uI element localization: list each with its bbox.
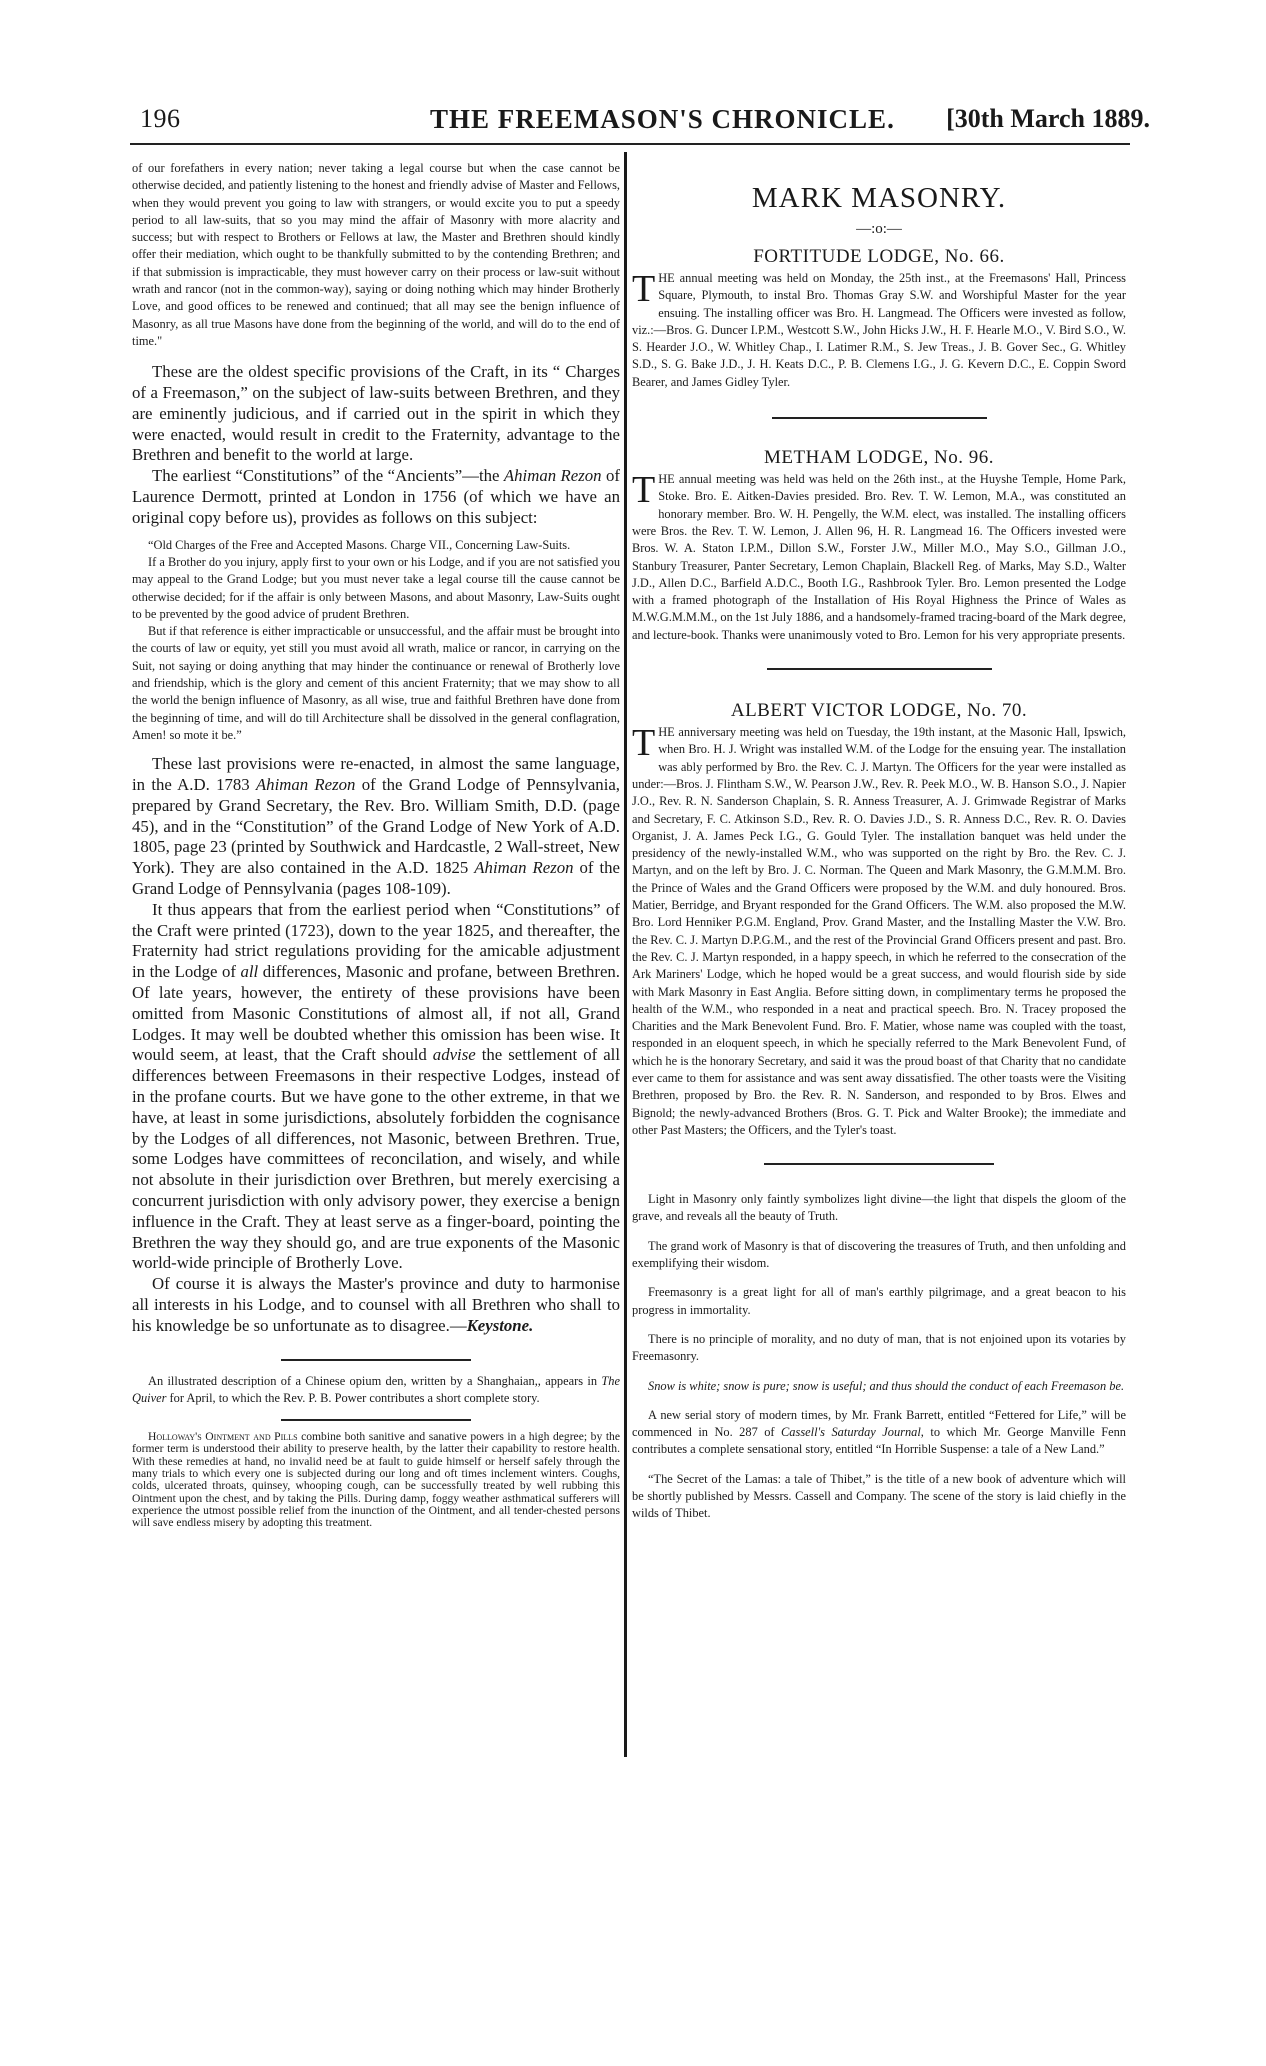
lodge-report: THE annual meeting was held was held on … [632,471,1126,644]
lodge-report: THE anniversary meeting was held on Tues… [632,724,1126,1139]
article-paragraph: It thus appears that from the earliest p… [132,900,620,1274]
section-rule [767,668,992,670]
quoted-charge-paragraph: But if that reference is either impracti… [132,623,620,744]
lodge-heading: ALBERT VICTOR LODGE, No. 70. [632,700,1126,722]
maxim: There is no principle of morality, and n… [632,1331,1126,1366]
ornament-divider: —:o:— [632,221,1126,238]
column-divider [624,152,627,1757]
article-paragraph: The earliest “Constitutions” of the “Anc… [132,466,620,528]
maxim: Light in Masonry only faintly symbolizes… [632,1191,1126,1226]
left-column: of our forefathers in every nation; neve… [132,160,620,1529]
page-number: 196 [140,104,181,134]
newspaper-page: 196 THE FREEMASON'S CHRONICLE. [30th Mar… [0,0,1266,2066]
advertisement: Holloway's Ointment and Pills combine bo… [132,1431,620,1529]
section-title: MARK MASONRY. [632,182,1126,215]
section-rule [281,1419,471,1421]
opening-quote: of our forefathers in every nation; neve… [132,160,620,350]
advert-lead: Holloway's Ointment and Pills [148,1430,298,1443]
drop-cap: T [632,473,655,507]
article-paragraph: These last provisions were re-enacted, i… [132,754,620,900]
source-credit: Keystone. [467,1316,534,1335]
maxim-snow: Snow is white; snow is pure; snow is use… [632,1378,1126,1395]
newspaper-title: THE FREEMASON'S CHRONICLE. [430,104,895,135]
header-rule [130,143,1130,145]
drop-cap: T [632,272,655,306]
news-note: “The Secret of the Lamas: a tale of Thib… [632,1471,1126,1523]
news-note: A new serial story of modern times, by M… [632,1407,1126,1459]
lodge-heading: FORTITUDE LODGE, No. 66. [632,246,1126,268]
right-column: MARK MASONRY. —:o:— FORTITUDE LODGE, No.… [632,160,1126,1523]
section-rule [764,1163,994,1165]
section-rule [281,1359,471,1361]
drop-cap: T [632,726,655,760]
news-note: An illustrated description of a Chinese … [132,1373,620,1408]
quoted-charge-title: “Old Charges of the Free and Accepted Ma… [132,537,620,554]
masthead: 196 THE FREEMASON'S CHRONICLE. [30th Mar… [140,104,1150,144]
maxim: Freemasonry is a great light for all of … [632,1284,1126,1319]
maxim: The grand work of Masonry is that of dis… [632,1238,1126,1273]
article-paragraph: Of course it is always the Master's prov… [132,1274,620,1336]
lodge-report: THE annual meeting was held on Monday, t… [632,270,1126,391]
issue-date: [30th March 1889. [946,104,1150,134]
article-paragraph: These are the oldest specific provisions… [132,362,620,466]
lodge-heading: METHAM LODGE, No. 96. [632,447,1126,469]
quoted-charge-paragraph: If a Brother do you injury, apply first … [132,554,620,623]
section-rule [772,417,987,419]
